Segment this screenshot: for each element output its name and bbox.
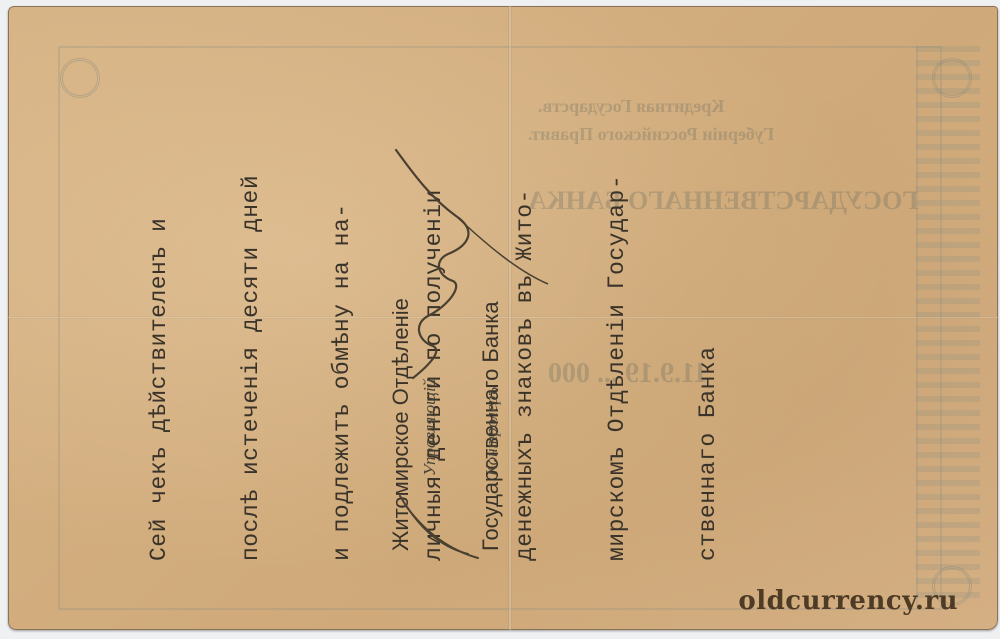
banknote: Кредитная Государств. Губернiи Российско… (8, 6, 998, 630)
watermark-text: oldcurrency.ru (738, 586, 958, 616)
handwritten-signature (8, 6, 998, 630)
